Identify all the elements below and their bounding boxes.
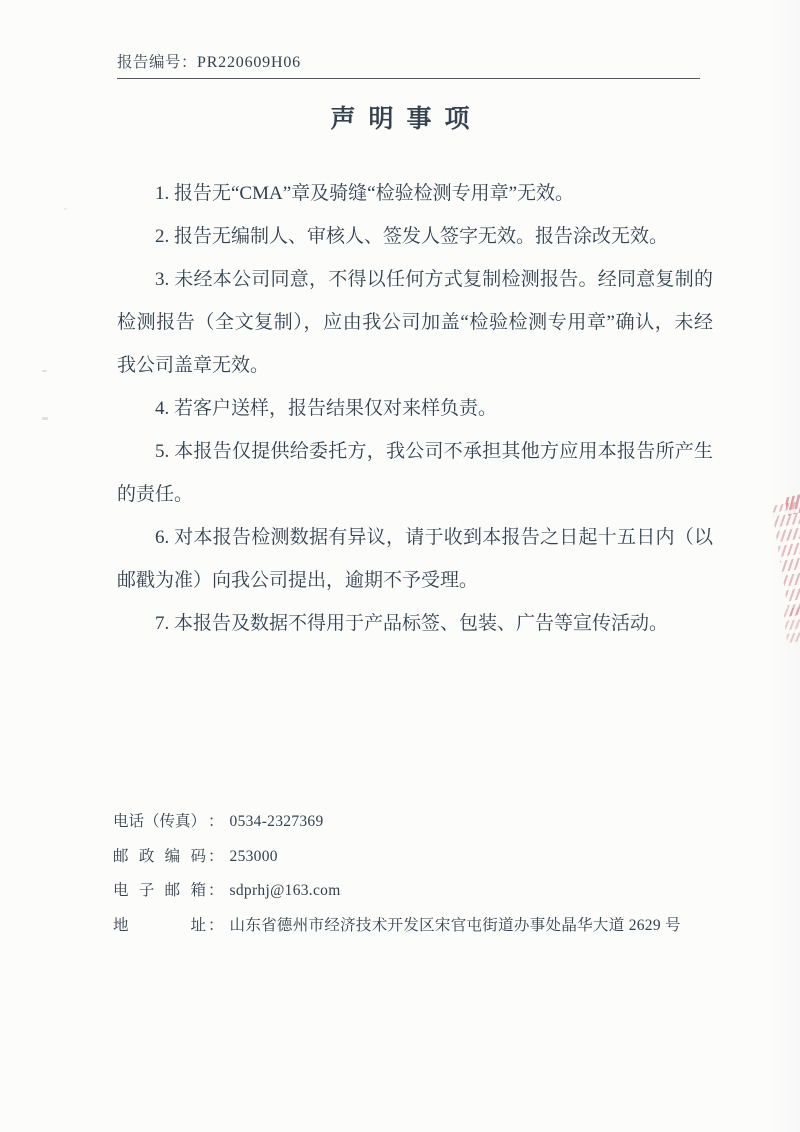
statement-item-4: 4. 若客户送样，报告结果仅对来样负责。 [117,387,713,430]
contact-colon: ： [208,809,224,831]
contact-label-postcode: 邮政编码 [113,844,206,866]
red-seal-edge-mark-tail [783,607,800,643]
contact-colon: ： [208,913,224,935]
scanned-report-page: 报告编号：PR220609H06 声明事项 1. 报告无“CMA”章及骑缝“检验… [0,0,800,1132]
contact-row-address: 地址：山东省德州市经济技术开发区宋官屯街道办事处晶华大道 2629 号 [113,913,753,948]
contact-value-email: sdprhj@163.com [230,882,341,899]
contact-row-phone: 电话（传真）：0534-2327369 [113,809,753,844]
contact-value-address: 山东省德州市经济技术开发区宋官屯街道办事处晶华大道 2629 号 [230,917,681,934]
contact-row-email: 电子邮箱：sdprhj@163.com [113,878,753,913]
statement-item-1: 1. 报告无“CMA”章及骑缝“检验检测专用章”无效。 [117,172,713,215]
contact-row-postcode: 邮政编码：253000 [113,844,753,879]
report-number-label: 报告编号： [117,54,197,71]
statement-item-7: 7. 本报告及数据不得用于产品标签、包装、广告等宣传活动。 [117,602,713,645]
scan-noise-speck [42,370,47,372]
contact-value-postcode: 253000 [230,848,278,865]
page-title: 声明事项 [0,99,800,135]
statement-item-6: 6. 对本报告检测数据有异议，请于收到本报告之日起十五日内（以邮戳为准）向我公司… [117,516,713,602]
contact-value-phone: 0534-2327369 [230,813,324,830]
contact-label-email: 电子邮箱 [113,878,206,900]
red-seal-edge-mark [771,502,800,617]
report-number-line: 报告编号：PR220609H06 [117,50,700,79]
report-number-value: PR220609H06 [197,54,301,71]
statement-item-2: 2. 报告无编制人、审核人、签发人签字无效。报告涂改无效。 [117,215,713,258]
statement-item-5: 5. 本报告仅提供给委托方，我公司不承担其他方应用本报告所产生的责任。 [117,430,713,516]
contact-colon: ： [208,878,224,900]
contact-colon: ： [208,844,224,866]
scan-noise-speck [42,417,48,420]
contact-label-address: 地址 [113,913,206,935]
contact-section: 电话（传真）：0534-2327369 邮政编码：253000 电子邮箱：sdp… [113,809,753,947]
statement-item-3: 3. 未经本公司同意，不得以任何方式复制检测报告。经同意复制的检测报告（全文复制… [117,258,713,387]
statements-section: 1. 报告无“CMA”章及骑缝“检验检测专用章”无效。 2. 报告无编制人、审核… [117,172,713,645]
scan-noise-speck [64,208,67,210]
contact-label-phone: 电话（传真） [113,809,206,831]
